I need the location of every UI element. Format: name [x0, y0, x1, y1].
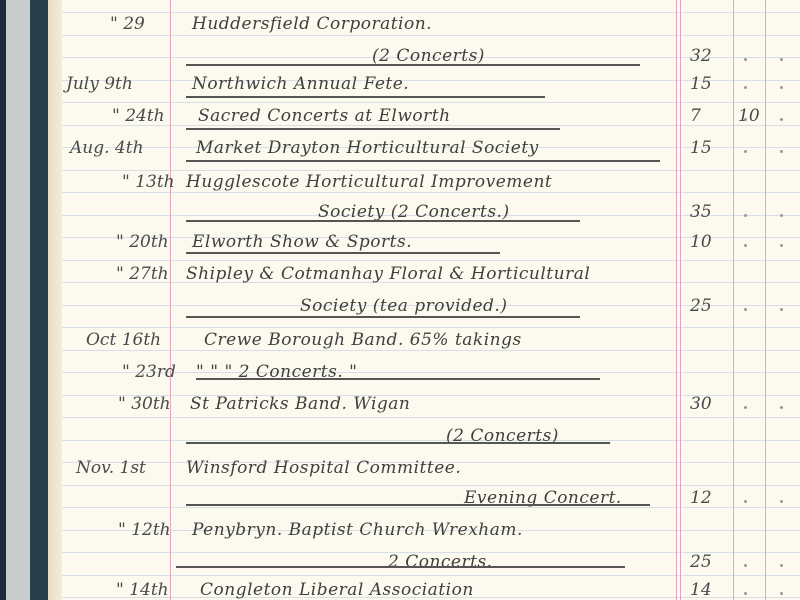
blank-amount-dot	[744, 86, 747, 89]
entry-amount-pounds: 25	[690, 296, 712, 316]
blank-amount-dot	[744, 564, 747, 567]
entry-description: Winsford Hospital Committee.	[186, 458, 461, 478]
entry-amount-pounds: 10	[690, 232, 712, 252]
blank-amount-dot	[744, 500, 747, 503]
book-binding	[6, 0, 30, 600]
entry-date: " 23rd	[122, 362, 176, 382]
entry-date: " 27th	[116, 264, 169, 284]
entry-date: July 9th	[66, 74, 133, 94]
entry-date: Aug. 4th	[70, 138, 144, 158]
blank-amount-dot	[744, 308, 747, 311]
entry-description: (2 Concerts)	[372, 46, 485, 66]
ruled-line	[62, 102, 800, 103]
entry-date: " 13th	[122, 172, 175, 192]
entry-description: Huddersfield Corporation.	[192, 14, 432, 34]
entry-date: " 20th	[116, 232, 169, 252]
entry-description: Elworth Show & Sports.	[192, 232, 412, 252]
entry-description: Crewe Borough Band. 65% takings	[204, 330, 522, 350]
blank-amount-dot	[780, 244, 783, 247]
blank-amount-dot	[780, 308, 783, 311]
ruled-line	[62, 260, 800, 261]
blank-amount-dot	[780, 150, 783, 153]
blank-amount-dot	[744, 58, 747, 61]
entry-description: Penybryn. Baptist Church Wrexham.	[192, 520, 523, 540]
ruled-line	[62, 350, 800, 351]
entry-underline	[186, 128, 560, 130]
ruled-line	[62, 327, 800, 328]
entry-date: Oct 16th	[86, 330, 161, 350]
entry-underline	[186, 220, 580, 222]
blank-amount-dot	[744, 244, 747, 247]
entry-underline	[186, 160, 660, 162]
entry-description: Market Drayton Horticultural Society	[196, 138, 539, 158]
entry-date: " 24th	[112, 106, 165, 126]
bookmark-ribbon	[30, 0, 48, 600]
entry-amount-pounds: 15	[690, 74, 712, 94]
ruled-line	[62, 170, 800, 171]
entry-amount-pounds: 30	[690, 394, 712, 414]
blank-amount-dot	[744, 214, 747, 217]
blank-amount-dot	[780, 118, 783, 121]
entry-underline	[186, 442, 610, 444]
ruled-line	[62, 192, 800, 193]
ruled-line	[62, 440, 800, 441]
entry-description: Northwich Annual Fete.	[192, 74, 409, 94]
entry-amount-pounds: 12	[690, 488, 712, 508]
entry-date: Nov. 1st	[76, 458, 146, 478]
entry-date: " 12th	[118, 520, 171, 540]
ruled-line	[62, 417, 800, 418]
blank-amount-dot	[780, 592, 783, 595]
blank-amount-dot	[744, 118, 747, 121]
ruled-line	[62, 35, 800, 36]
entry-underline	[196, 378, 600, 380]
shillings-column-rule	[733, 0, 734, 600]
pounds-column-rule	[676, 0, 677, 600]
entry-description: Sacred Concerts at Elworth	[198, 106, 451, 126]
entry-underline	[186, 316, 580, 318]
entry-description: 2 Concerts.	[388, 552, 493, 572]
entry-date: " 30th	[118, 394, 171, 414]
page-gutter	[48, 0, 62, 600]
entry-underline	[186, 96, 545, 98]
entry-description: Society (2 Concerts.)	[318, 202, 510, 222]
blank-amount-dot	[744, 592, 747, 595]
entry-underline	[176, 566, 625, 568]
entry-underline	[186, 504, 650, 506]
entry-description: St Patricks Band. Wigan	[190, 394, 410, 414]
date-margin-rule	[170, 0, 171, 600]
ruled-line	[62, 575, 800, 576]
blank-amount-dot	[780, 86, 783, 89]
entry-description: Hugglescote Horticultural Improvement	[186, 172, 552, 192]
ruled-line	[62, 485, 800, 486]
pence-column-rule	[765, 0, 766, 600]
entry-description: Shipley & Cotmanhay Floral & Horticultur…	[186, 264, 590, 284]
entry-date: " 14th	[116, 580, 169, 600]
entry-amount-pounds: 32	[690, 46, 712, 66]
blank-amount-dot	[780, 564, 783, 567]
pounds-column-rule-double	[680, 0, 681, 600]
ruled-line	[62, 12, 800, 13]
entry-amount-pounds: 35	[690, 202, 712, 222]
entry-date: " 29	[110, 14, 145, 34]
entry-amount-pounds: 14	[690, 580, 712, 600]
entry-description: Congleton Liberal Association	[200, 580, 474, 600]
blank-amount-dot	[744, 406, 747, 409]
entry-amount-pounds: 25	[690, 552, 712, 572]
blank-amount-dot	[780, 406, 783, 409]
entry-underline	[186, 252, 500, 254]
blank-amount-dot	[780, 500, 783, 503]
entry-amount-pounds: 7	[690, 106, 701, 126]
blank-amount-dot	[780, 58, 783, 61]
entry-description: Society (tea provided.)	[300, 296, 507, 316]
entry-amount-pounds: 15	[690, 138, 712, 158]
blank-amount-dot	[744, 150, 747, 153]
entry-amount-shillings: 10	[738, 106, 760, 126]
entry-underline	[186, 64, 640, 66]
blank-amount-dot	[780, 214, 783, 217]
